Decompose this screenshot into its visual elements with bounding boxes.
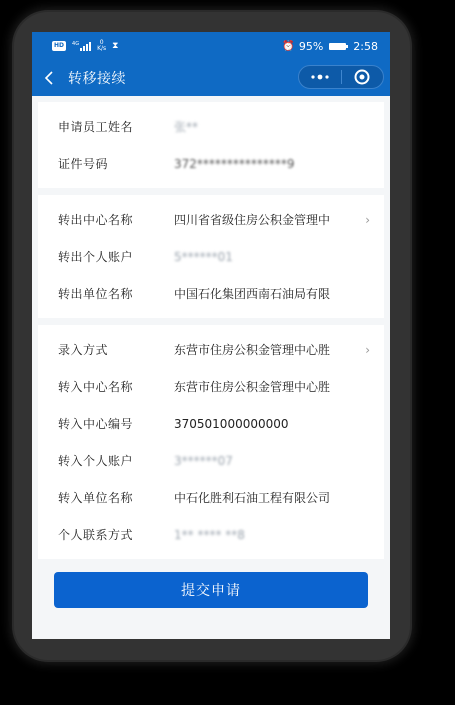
more-dots-icon xyxy=(310,74,330,80)
form-row-in-center-code: 转入中心编号 370501000000000 xyxy=(38,405,384,442)
clock-time: 2:58 xyxy=(353,40,378,53)
mini-program-capsule xyxy=(298,65,384,89)
transfer-in-section: 录入方式 东营市住房公积金管理中心胜 › 转入中心名称 东营市住房公积金管理中心… xyxy=(38,325,384,559)
field-label: 转入中心编号 xyxy=(58,415,174,432)
form-row-out-company: 转出单位名称 中国石化集团西南石油局有限 xyxy=(38,275,384,312)
form-row-in-company: 转入单位名称 中石化胜利石油工程有限公司 xyxy=(38,479,384,516)
in-center-code-value: 370501000000000 xyxy=(174,417,350,431)
id-number-value: 372***************9 xyxy=(174,157,350,171)
submit-area: 提交申请 xyxy=(32,566,390,608)
form-row-employee-name: 申请员工姓名 张** xyxy=(38,108,384,145)
in-center-value: 东营市住房公积金管理中心胜 xyxy=(174,378,350,395)
speed-unit: K/s xyxy=(97,46,106,52)
signal-icon: 4G xyxy=(72,42,91,51)
out-center-value: 四川省省级住房公积金管理中 xyxy=(174,211,350,228)
field-label: 转出单位名称 xyxy=(58,285,174,302)
page-title: 转移接续 xyxy=(68,68,126,88)
battery-icon xyxy=(329,43,346,50)
form-content: 申请员工姓名 张** 证件号码 372***************9 转出中心… xyxy=(32,96,390,559)
form-row-contact: 个人联系方式 1** **** **8 xyxy=(38,516,384,553)
chevron-right-icon: › xyxy=(365,213,370,227)
network-type: 4G xyxy=(72,42,79,47)
submit-application-button[interactable]: 提交申请 xyxy=(54,572,368,608)
in-company-value: 中石化胜利石油工程有限公司 xyxy=(174,489,350,506)
chevron-right-icon: › xyxy=(365,343,370,357)
field-label: 申请员工姓名 xyxy=(58,118,174,135)
field-label: 个人联系方式 xyxy=(58,526,174,543)
employee-name-value: 张** xyxy=(174,118,350,135)
entry-method-value: 东营市住房公积金管理中心胜 xyxy=(174,341,350,358)
field-label: 转出中心名称 xyxy=(58,211,174,228)
chevron-left-icon xyxy=(44,71,54,85)
form-row-out-account: 转出个人账户 5******01 xyxy=(38,238,384,275)
field-label: 转入个人账户 xyxy=(58,452,174,469)
form-row-in-center: 转入中心名称 东营市住房公积金管理中心胜 xyxy=(38,368,384,405)
phone-screen: HD 4G 0 K/s ⧗ ⏰ 95% 2:58 转移接续 xyxy=(32,32,390,639)
hourglass-icon: ⧗ xyxy=(112,41,118,51)
field-label: 证件号码 xyxy=(58,155,174,172)
status-bar: HD 4G 0 K/s ⧗ ⏰ 95% 2:58 xyxy=(32,32,390,60)
field-label: 转出个人账户 xyxy=(58,248,174,265)
out-account-value: 5******01 xyxy=(174,250,350,264)
hd-icon: HD xyxy=(52,41,66,51)
battery-percent: 95% xyxy=(299,40,323,53)
field-label: 转入中心名称 xyxy=(58,378,174,395)
target-circle-icon xyxy=(354,69,370,85)
form-row-entry-method[interactable]: 录入方式 东营市住房公积金管理中心胜 › xyxy=(38,331,384,368)
in-account-value: 3******07 xyxy=(174,454,350,468)
field-label: 转入单位名称 xyxy=(58,489,174,506)
more-button[interactable] xyxy=(299,66,341,88)
contact-value: 1** **** **8 xyxy=(174,528,350,542)
field-label: 录入方式 xyxy=(58,341,174,358)
nav-bar: 转移接续 xyxy=(32,60,390,96)
form-row-in-account: 转入个人账户 3******07 xyxy=(38,442,384,479)
form-row-id-number: 证件号码 372***************9 xyxy=(38,145,384,182)
network-speed: 0 K/s xyxy=(97,40,106,52)
applicant-section: 申请员工姓名 张** 证件号码 372***************9 xyxy=(38,102,384,188)
back-button[interactable] xyxy=(32,71,66,85)
form-row-out-center[interactable]: 转出中心名称 四川省省级住房公积金管理中 › xyxy=(38,201,384,238)
close-mini-program-button[interactable] xyxy=(342,66,384,88)
out-company-value: 中国石化集团西南石油局有限 xyxy=(174,285,350,302)
transfer-out-section: 转出中心名称 四川省省级住房公积金管理中 › 转出个人账户 5******01 … xyxy=(38,195,384,318)
alarm-icon: ⏰ xyxy=(282,41,294,52)
